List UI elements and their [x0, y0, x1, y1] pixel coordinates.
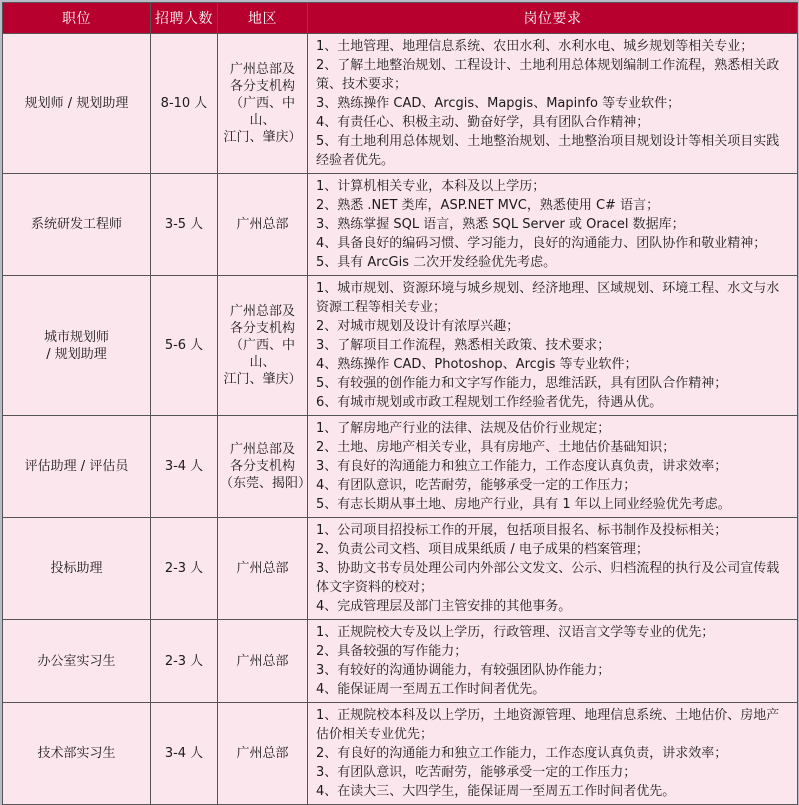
requirement-item: 3、有较好的沟通协调能力，有较强团队协作能力； [316, 661, 791, 680]
region-line: 各分支机构 [220, 78, 305, 95]
table-row: 投标助理 2-3 人 广州总部 1、公司项目招投标工作的开展，包括项目报名、标书… [3, 518, 798, 620]
region-line: 广州总部及 [220, 303, 305, 320]
requirement-item: 5、有土地利用总体规划、土地整治规划、土地整治项目规划设计等相关项目实践经验者优… [316, 132, 791, 170]
header-position: 职位 [3, 3, 151, 34]
region-cell: 广州总部及 各分支机构 （广西、中山、 江门、肇庆） [218, 34, 308, 174]
requirement-item: 3、了解项目工作流程，熟悉相关政策、技术要求； [316, 336, 791, 355]
requirement-item: 3、熟练操作 CAD、Arcgis、Mapgis、Mapinfo 等专业软件； [316, 94, 791, 113]
requirement-item: 1、了解房地产行业的法律、法规及估价行业规定； [316, 419, 791, 438]
requirement-item: 1、公司项目招投标工作的开展，包括项目报名、标书制作及投标相关； [316, 521, 791, 540]
requirement-item: 5、有较强的创作能力和文字写作能力，思维活跃，具有团队合作精神； [316, 374, 791, 393]
region-line: （东莞、揭阳） [220, 475, 305, 492]
count-cell: 3-4 人 [151, 703, 218, 783]
region-cell: 广州总部 [218, 518, 308, 620]
position-cell: 投标助理 [3, 518, 151, 620]
requirement-item: 3、有团队意识，吃苦耐劳，能够承受一定的工作压力； [316, 763, 791, 782]
position-line: / 规划助理 [5, 346, 148, 363]
header-requirements: 岗位要求 [308, 3, 798, 34]
requirement-item: 2、有良好的沟通能力和独立工作能力，工作态度认真负责，讲求效率； [316, 744, 791, 763]
requirements-cell: 1、城市规划、资源环境与城乡规划、经济地理、区域规划、环境工程、水文与水资源工程… [308, 276, 798, 416]
requirement-item: 2、土地、房地产相关专业，具有房地产、土地估价基础知识； [316, 438, 791, 457]
requirements-cell: 1、正规院校本科及以上学历，土地资源管理、地理信息系统、土地估价、房地产估价相关… [308, 703, 798, 783]
header-count: 招聘人数 [151, 3, 218, 34]
requirement-item: 2、负责公司文档、项目成果纸质 / 电子成果的档案管理； [316, 540, 791, 559]
requirement-item: 5、具有 ArcGis 二次开发经验优先考虑。 [316, 253, 791, 272]
position-cell: 办公室实习生 [3, 620, 151, 703]
count-cell: 2-3 人 [151, 518, 218, 620]
recruitment-table: 职位 招聘人数 地区 岗位要求 规划师 / 规划助理 8-10 人 广州总部及 … [2, 2, 798, 782]
position-cell: 城市规划师 / 规划助理 [3, 276, 151, 416]
table-row: 系统研发工程师 3-5 人 广州总部 1、计算机相关专业，本科及以上学历； 2、… [3, 174, 798, 276]
count-cell: 2-3 人 [151, 620, 218, 703]
requirement-item: 1、计算机相关专业，本科及以上学历； [316, 177, 791, 196]
region-line: 广州总部及 [220, 441, 305, 458]
region-line: 江门、肇庆） [220, 129, 305, 146]
region-line: 江门、肇庆） [220, 371, 305, 388]
requirement-item: 1、城市规划、资源环境与城乡规划、经济地理、区域规划、环境工程、水文与水资源工程… [316, 279, 791, 317]
region-line: （广西、中山、 [220, 95, 305, 129]
table-row: 城市规划师 / 规划助理 5-6 人 广州总部及 各分支机构 （广西、中山、 江… [3, 276, 798, 416]
requirement-item: 1、正规院校大专及以上学历，行政管理、汉语言文学等专业的优先； [316, 623, 791, 642]
requirements-cell: 1、计算机相关专业，本科及以上学历； 2、熟悉 .NET 类库，ASP.NET … [308, 174, 798, 276]
region-line: 广州总部 [220, 745, 305, 762]
count-cell: 8-10 人 [151, 34, 218, 174]
requirements-cell: 1、公司项目招投标工作的开展，包括项目报名、标书制作及投标相关； 2、负责公司文… [308, 518, 798, 620]
region-line: 各分支机构 [220, 458, 305, 475]
region-cell: 广州总部 [218, 174, 308, 276]
region-line: 广州总部 [220, 560, 305, 577]
requirements-cell: 1、土地管理、地理信息系统、农田水利、水利水电、城乡规划等相关专业； 2、了解土… [308, 34, 798, 174]
requirement-item: 2、对城市规划及设计有浓厚兴趣； [316, 317, 791, 336]
table-row: 规划师 / 规划助理 8-10 人 广州总部及 各分支机构 （广西、中山、 江门… [3, 34, 798, 174]
region-line: 广州总部 [220, 653, 305, 670]
requirement-item: 2、熟悉 .NET 类库，ASP.NET MVC，熟悉使用 C# 语言； [316, 196, 791, 215]
region-cell: 广州总部 [218, 703, 308, 783]
requirement-item: 5、有志长期从事土地、房地产行业，具有 1 年以上同业经验优先考虑。 [316, 495, 791, 514]
requirement-item: 4、具备良好的编码习惯、学习能力，良好的沟通能力、团队协作和敬业精神； [316, 234, 791, 253]
region-line: （广西、中山、 [220, 337, 305, 371]
requirement-item: 4、完成管理层及部门主管安排的其他事务。 [316, 597, 791, 616]
table-row: 办公室实习生 2-3 人 广州总部 1、正规院校大专及以上学历，行政管理、汉语言… [3, 620, 798, 703]
count-cell: 5-6 人 [151, 276, 218, 416]
requirement-item: 1、正规院校本科及以上学历，土地资源管理、地理信息系统、土地估价、房地产估价相关… [316, 706, 791, 744]
position-cell: 技术部实习生 [3, 703, 151, 783]
position-cell: 系统研发工程师 [3, 174, 151, 276]
region-line: 广州总部及 [220, 61, 305, 78]
region-cell: 广州总部及 各分支机构 （广西、中山、 江门、肇庆） [218, 276, 308, 416]
header-region: 地区 [218, 3, 308, 34]
table-row: 评估助理 / 评估员 3-4 人 广州总部及 各分支机构 （东莞、揭阳） 1、了… [3, 416, 798, 518]
requirement-item: 3、熟练掌握 SQL 语言，熟悉 SQL Server 或 Oracel 数据库… [316, 215, 791, 234]
table-row: 技术部实习生 3-4 人 广州总部 1、正规院校本科及以上学历，土地资源管理、地… [3, 703, 798, 783]
table-header-row: 职位 招聘人数 地区 岗位要求 [3, 3, 798, 34]
requirement-item: 3、有良好的沟通能力和独立工作能力，工作态度认真负责，讲求效率； [316, 457, 791, 476]
position-cell: 规划师 / 规划助理 [3, 34, 151, 174]
region-line: 广州总部 [220, 216, 305, 233]
requirement-item: 2、具备较强的写作能力； [316, 642, 791, 661]
count-cell: 3-5 人 [151, 174, 218, 276]
requirement-item: 4、有团队意识，吃苦耐劳，能够承受一定的工作压力； [316, 476, 791, 495]
region-line: 各分支机构 [220, 320, 305, 337]
region-cell: 广州总部及 各分支机构 （东莞、揭阳） [218, 416, 308, 518]
region-cell: 广州总部 [218, 620, 308, 703]
requirement-item: 2、了解土地整治规划、工程设计、土地利用总体规划编制工作流程，熟悉相关政策、技术… [316, 56, 791, 94]
requirement-item: 4、熟练操作 CAD、Photoshop、Arcgis 等专业软件； [316, 355, 791, 374]
requirement-item: 1、土地管理、地理信息系统、农田水利、水利水电、城乡规划等相关专业； [316, 37, 791, 56]
position-line: 城市规划师 [5, 329, 148, 346]
requirements-cell: 1、正规院校大专及以上学历，行政管理、汉语言文学等专业的优先； 2、具备较强的写… [308, 620, 798, 703]
requirements-cell: 1、了解房地产行业的法律、法规及估价行业规定； 2、土地、房地产相关专业，具有房… [308, 416, 798, 518]
recruitment-table-frame: 职位 招聘人数 地区 岗位要求 规划师 / 规划助理 8-10 人 广州总部及 … [2, 2, 797, 780]
requirement-item: 4、能保证周一至周五工作时间者优先。 [316, 680, 791, 699]
position-cell: 评估助理 / 评估员 [3, 416, 151, 518]
requirement-item: 6、有城市规划或市政工程规划工作经验者优先，待遇从优。 [316, 393, 791, 412]
requirement-item: 4、有责任心、积极主动、勤奋好学，具有团队合作精神； [316, 113, 791, 132]
requirement-item: 3、协助文书专员处理公司内外部公文发文、公示、归档流程的执行及公司宣传载体文字资… [316, 559, 791, 597]
count-cell: 3-4 人 [151, 416, 218, 518]
